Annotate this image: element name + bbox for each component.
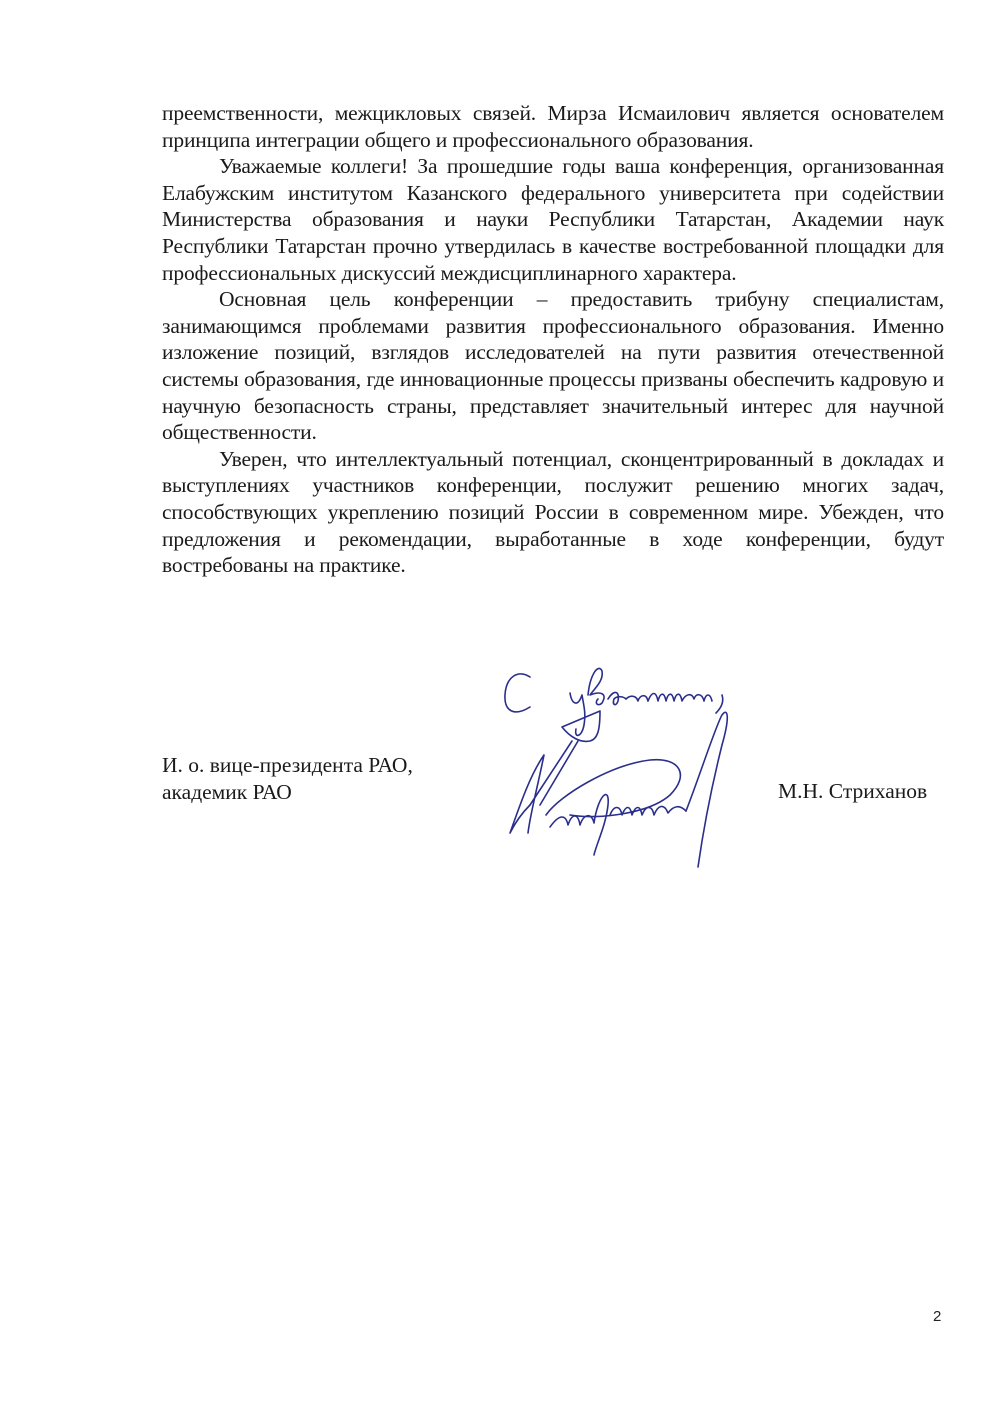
letter-body: преемственности, межцикловых связей. Мир… — [162, 100, 944, 579]
paragraph-1: преемственности, межцикловых связей. Мир… — [162, 100, 944, 153]
page-number: 2 — [933, 1308, 941, 1325]
paragraph-2: Уважаемые коллеги! За прошедшие годы ваш… — [162, 153, 944, 286]
document-page: преемственности, межцикловых связей. Мир… — [0, 0, 1000, 1412]
handwritten-signature-icon: С уважением, — [490, 655, 790, 875]
position-line-1: И. о. вице-президента РАО, — [162, 752, 413, 779]
signatory-name: М.Н. Стриханов — [778, 778, 927, 805]
paragraph-4: Уверен, что интеллектуальный потенциал, … — [162, 446, 944, 579]
signatory-position: И. о. вице-президента РАО, академик РАО — [162, 752, 413, 805]
position-line-2: академик РАО — [162, 779, 413, 806]
paragraph-3: Основная цель конференции – предоставить… — [162, 286, 944, 446]
